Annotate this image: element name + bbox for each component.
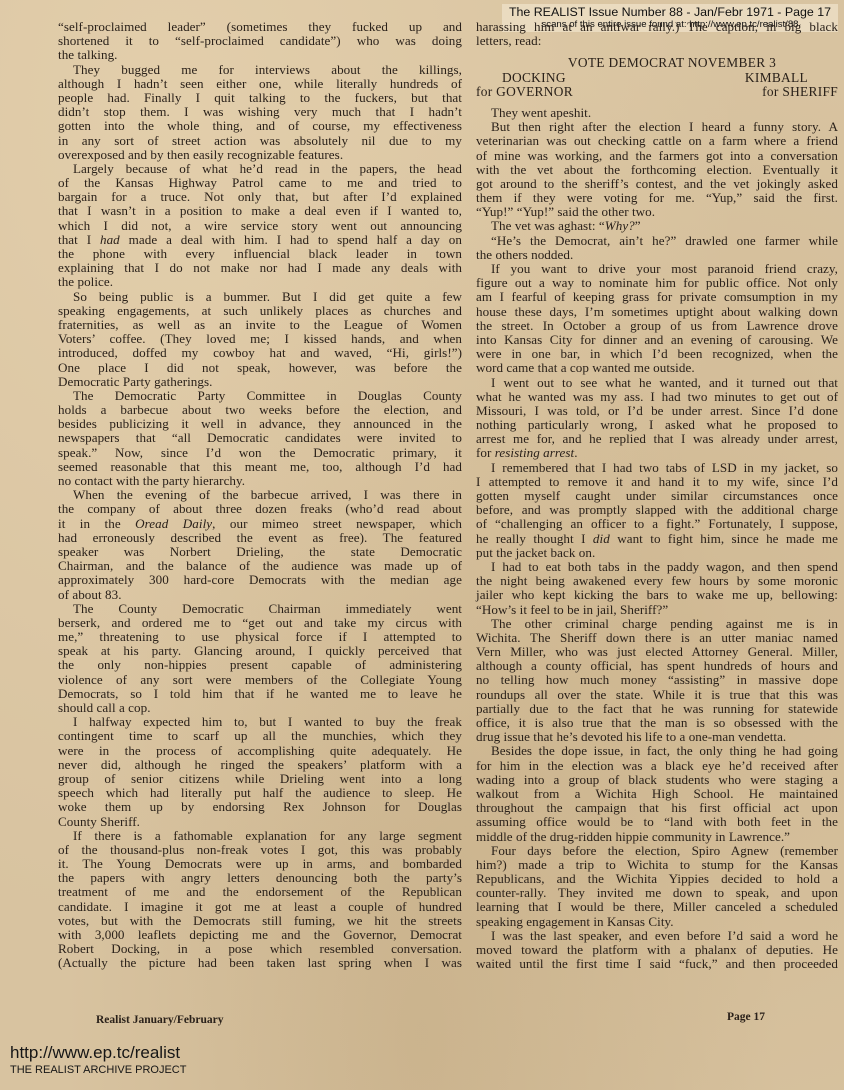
text-line: “How’s it feel to be in jail, Sheriff?” — [476, 603, 838, 617]
text-line: of mine was working, and the farmers got… — [476, 149, 838, 163]
text-line: treatment of me and the endorsement of t… — [58, 885, 462, 899]
text-line: speak at his party. Glancing around, I q… — [58, 644, 462, 658]
text-line: it in the Oread Daily, our mimeo street … — [58, 517, 462, 531]
text-line: people had. Finally I quit talking to th… — [58, 91, 462, 105]
text-line: them if they were voting for me. “Yup,” … — [476, 191, 838, 205]
text-line: am I fearful of keeping grass for privat… — [476, 290, 838, 304]
text-line: figure out a way to nominate him for pub… — [476, 276, 838, 290]
text-line: were in one bar, in which I’d been recog… — [476, 347, 838, 361]
text-line: contingent time to scarf up all the munc… — [58, 729, 462, 743]
text-line: I halfway expected him to, but I wanted … — [58, 715, 462, 729]
italic-emphasis: had — [100, 232, 120, 247]
text-line: The vet was aghast: “Why?” — [476, 219, 838, 233]
text-line: didn’t stop them. I was wishing very muc… — [58, 105, 462, 119]
archive-url[interactable]: http://www.ep.tc/realist — [10, 1043, 186, 1063]
text-line: Besides the dope issue, in fact, the onl… — [476, 744, 838, 758]
text-line: candidate. I imagine it got me at least … — [58, 900, 462, 914]
text-line: Wichita. The Sheriff down there is an ut… — [476, 631, 838, 645]
text-line: (Actually the picture had been taken las… — [58, 956, 462, 970]
text-line: newspapers that “all Democratic candidat… — [58, 431, 462, 445]
text-line: what he wanted was my ass. I had two min… — [476, 390, 838, 404]
text-line: never did, although he ringed the speake… — [58, 758, 462, 772]
italic-emphasis: Why? — [605, 218, 635, 233]
text-line: house these days, I’m sometimes uptight … — [476, 305, 838, 319]
text-line: “Yup!” “Yup!” said the other two. — [476, 205, 838, 219]
text-line: veterinarian was out checking cattle on … — [476, 134, 838, 148]
text-line: with 3,000 leaflets depicting me and the… — [58, 928, 462, 942]
text-line: violence of any sort were members of the… — [58, 673, 462, 687]
text-line: I had to eat both tabs in the paddy wago… — [476, 560, 838, 574]
text-line: Four days before the election, Spiro Agn… — [476, 844, 838, 858]
right-column: harassing him at an antiwar rally.) The … — [476, 20, 838, 971]
text-line: throughout the campaign that his first o… — [476, 801, 838, 815]
archive-credit: http://www.ep.tc/realist THE REALIST ARC… — [10, 1043, 186, 1077]
text-line: nothing particularly wrong, I asked what… — [476, 418, 838, 432]
text-line: the only non-hippies present capable of … — [58, 658, 462, 672]
text-line: I went out to see what he wanted, and it… — [476, 376, 838, 390]
caption-left-name: DOCKING — [476, 71, 566, 85]
text-line: County Sheriff. — [58, 815, 462, 829]
text-line: If you want to drive your most paranoid … — [476, 262, 838, 276]
text-line: although a county official, has spent hu… — [476, 659, 838, 673]
text-line: the company of about three dozen freaks … — [58, 502, 462, 516]
caption-right-office: for SHERIFF — [762, 85, 838, 99]
text-line: harassing him at an antiwar rally.) The … — [476, 20, 838, 34]
text-line: moved toward the platform with a phalanx… — [476, 943, 838, 957]
text-line: the street. In October a group of us fro… — [476, 319, 838, 333]
text-line: Republicans, and the Wichita Yippies dec… — [476, 872, 838, 886]
footer-publication: Realist January/February — [96, 1014, 223, 1026]
text-line: If there is a fathomable explanation for… — [58, 829, 462, 843]
text-line: I remembered that I had two tabs of LSD … — [476, 461, 838, 475]
text-line: for resisting arrest. — [476, 446, 838, 460]
text-line: “He’s the Democrat, ain’t he?” drawled o… — [476, 234, 838, 248]
leaflet-caption: VOTE DEMOCRAT NOVEMBER 3 DOCKING KIMBALL… — [476, 56, 838, 99]
text-line: The Democratic Party Committee in Dougla… — [58, 389, 462, 403]
text-line: counter-rally. They invited me down to s… — [476, 886, 838, 900]
text-line: seemed reasonable that this meant me, to… — [58, 460, 462, 474]
text-line: him?) made a trip to Wichita to stump fo… — [476, 858, 838, 872]
text-line: office, it is also true that the man is … — [476, 716, 838, 730]
text-line: arrest me for, and he replied that I was… — [476, 432, 838, 446]
text-line: middle of the drug-ridden hippie communi… — [476, 830, 838, 844]
text-line: partially due to the fact that he was ru… — [476, 702, 838, 716]
text-line: of the thousand-plus non-freak votes I g… — [58, 843, 462, 857]
text-line: that I had made a deal with him. I had t… — [58, 233, 462, 247]
italic-emphasis: did — [593, 531, 610, 546]
text-line: shortened it to “self-proclaimed candida… — [58, 34, 462, 48]
text-line: put the jacket back on. — [476, 546, 838, 560]
text-line: the talking. — [58, 48, 462, 62]
text-line: explaining that I do not make nor had I … — [58, 261, 462, 275]
text-line: of the Kansas Highway Patrol came to me … — [58, 176, 462, 190]
text-line: before, and was promptly slapped with th… — [476, 503, 838, 517]
text-line: besides publicizing it well in advance, … — [58, 417, 462, 431]
text-line: the police. — [58, 275, 462, 289]
text-line: gotten into the whole thing, and of cour… — [58, 119, 462, 133]
text-line: approximately 300 hard-core Democrats wi… — [58, 573, 462, 587]
text-line: I attempted to remove it and hand it to … — [476, 475, 838, 489]
text-line: he really thought I did want to fight hi… — [476, 532, 838, 546]
text-line: of “challenging an officer to a fight.” … — [476, 517, 838, 531]
text-line: the phone with every influencial black l… — [58, 247, 462, 261]
footer-page-number: Page 17 — [727, 1011, 765, 1023]
text-line: One place I did not speak, however, was … — [58, 361, 462, 375]
text-line: speaking engagement in Kansas City. — [476, 915, 838, 929]
text-line: although I hadn’t seen either one, while… — [58, 77, 462, 91]
text-line: no contact with the party hierarchy. — [58, 474, 462, 488]
italic-emphasis: resisting arrest — [495, 445, 575, 460]
text-line: had erroneously described the event as f… — [58, 531, 462, 545]
text-line: should call a cop. — [58, 701, 462, 715]
text-line: I was the last speaker, and even before … — [476, 929, 838, 943]
caption-names: DOCKING KIMBALL — [476, 71, 838, 85]
text-line: fraternities, as well as an invite to th… — [58, 318, 462, 332]
text-line: speaker was Norbert Drieling, the state … — [58, 545, 462, 559]
caption-right-name: KIMBALL — [745, 71, 838, 85]
text-line: me,” threatening to use physical force i… — [58, 630, 462, 644]
text-line: Vern Miller, who was just elected Attorn… — [476, 645, 838, 659]
text-line: Chairman, and the balance of the audienc… — [58, 559, 462, 573]
text-line: overexposed and by then easily recogniza… — [58, 148, 462, 162]
text-line: Largely because of what he’d read in the… — [58, 162, 462, 176]
text-line: berserk, and ordered me to “get out and … — [58, 616, 462, 630]
text-line: no telling how much money “assisting” in… — [476, 673, 838, 687]
text-line: “self-proclaimed leader” (sometimes they… — [58, 20, 462, 34]
text-line: for him in the election was a black eye … — [476, 759, 838, 773]
text-line: into Kansas City for dinner and an eveni… — [476, 333, 838, 347]
text-line: votes, but with the Democrats still fumi… — [58, 914, 462, 928]
text-line: walkout from a Wichita High School. He m… — [476, 787, 838, 801]
text-line: They went apeshit. — [476, 106, 838, 120]
text-line: Robert Docking, in a pose which resemble… — [58, 942, 462, 956]
text-line: drug issue that he’s devoted his life to… — [476, 730, 838, 744]
text-line: Democrats, so I told him that if he want… — [58, 687, 462, 701]
text-line: gotten myself caught under similar circu… — [476, 489, 838, 503]
archive-project-name: THE REALIST ARCHIVE PROJECT — [10, 1063, 186, 1077]
caption-headline: VOTE DEMOCRAT NOVEMBER 3 — [476, 56, 838, 70]
text-line: The other criminal charge pending agains… — [476, 617, 838, 631]
caption-offices: for GOVERNOR for SHERIFF — [476, 85, 838, 99]
left-column: “self-proclaimed leader” (sometimes they… — [58, 20, 462, 971]
italic-emphasis: Oread Daily — [135, 516, 212, 531]
text-line: with the vet about the forthcoming elect… — [476, 163, 838, 177]
text-line: But then right after the election I hear… — [476, 120, 838, 134]
text-line: it. The Young Democrats were up in arms,… — [58, 857, 462, 871]
text-line: the others nodded. — [476, 248, 838, 262]
text-line: holds a barbecue about two weeks before … — [58, 403, 462, 417]
text-line: word came that a cop wanted me outside. — [476, 361, 838, 375]
text-line: Missouri, I was told, or I’d be under ar… — [476, 404, 838, 418]
text-line: wading into a group of black students wh… — [476, 773, 838, 787]
text-line: speech which had literally put half the … — [58, 786, 462, 800]
text-line: Democratic Party gatherings. — [58, 375, 462, 389]
text-line: letters, read: — [476, 34, 838, 48]
text-line: The County Democratic Chairman immediate… — [58, 602, 462, 616]
text-line: which I did not, a wire service story we… — [58, 219, 462, 233]
text-line: When the evening of the barbecue arrived… — [58, 488, 462, 502]
text-line: got around to the sheriff’s contest, and… — [476, 177, 838, 191]
text-line: speaking engagements, at such unlikely p… — [58, 304, 462, 318]
text-line: group of senior citizens while Drieling … — [58, 772, 462, 786]
text-line: assuming office would be to “land with b… — [476, 815, 838, 829]
text-line: Voters’ coffee. (They loved me; I kissed… — [58, 332, 462, 346]
text-line: the night being awakened every few hours… — [476, 574, 838, 588]
text-line: jailer who kept kicking the bars to wake… — [476, 588, 838, 602]
text-line: introduced, doffed my cowboy hat and wav… — [58, 346, 462, 360]
banner-title: The REALIST Issue Number 88 - Jan/Febr 1… — [502, 4, 838, 19]
text-line: bargain for a truce. Not only that, but … — [58, 190, 462, 204]
text-line: roundups all over the state. While it is… — [476, 688, 838, 702]
text-line: of about 83. — [58, 588, 462, 602]
text-line: waited until the first time I said “fuck… — [476, 957, 838, 971]
text-line: that I wasn’t in a position to make a de… — [58, 204, 462, 218]
text-line: learning that I would be there, Miller c… — [476, 900, 838, 914]
caption-left-office: for GOVERNOR — [476, 85, 573, 99]
text-line: in any sort of street action was absolut… — [58, 134, 462, 148]
text-line: speak.” Now, since I’d won the Democrati… — [58, 446, 462, 460]
text-line: woke them up by endorsing Rex Johnson fo… — [58, 800, 462, 814]
text-line: They bugged me for interviews about the … — [58, 63, 462, 77]
text-line: were in the process of accomplishing qui… — [58, 744, 462, 758]
text-line: the papers with angry letters denouncing… — [58, 871, 462, 885]
text-line: So being public is a bummer. But I did g… — [58, 290, 462, 304]
